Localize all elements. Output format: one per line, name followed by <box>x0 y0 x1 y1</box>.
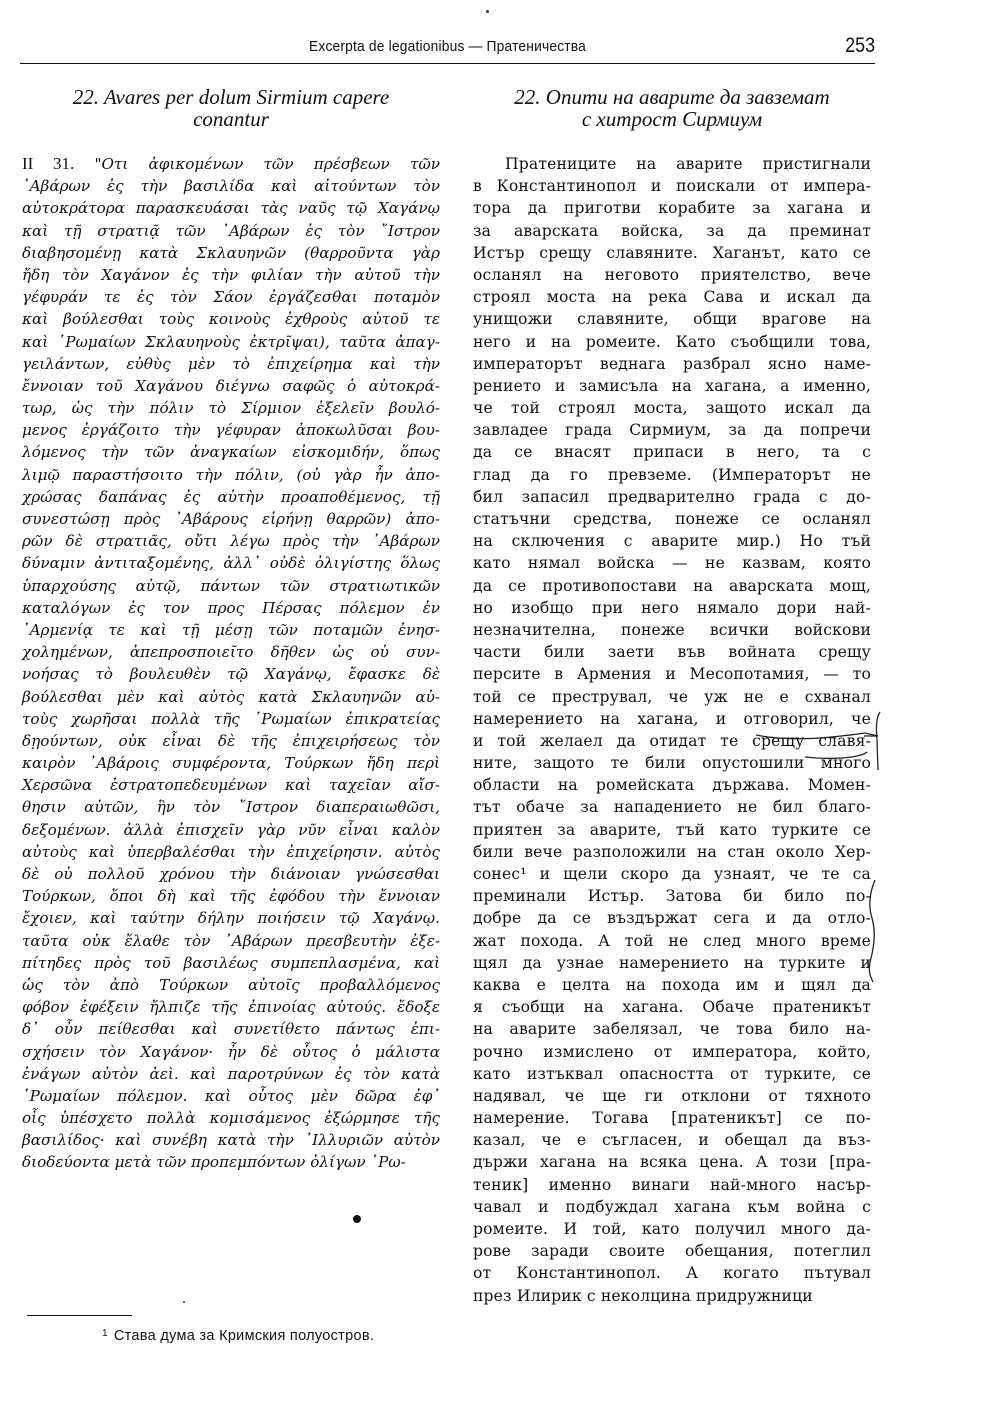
text-line: χρώσας δαπάνας ἐς αὐτὴν προαποθέμενος, τ… <box>22 486 440 508</box>
text-line: καὶ ῾Ρωμαίων Σκλαυηνοὺς ἐκτρῖψαι), ταῦτα… <box>22 331 440 353</box>
book-page: Excerpta de legationibus — Пратеничества… <box>0 0 1000 1407</box>
text-line: τοὺς χωρῆσαι πολλὰ τῆς ῾Ρωμαίων ἐπικρατε… <box>22 708 440 730</box>
text-line: ὡς τὸν ἀπὸ Τούρκων αὐτοῖς προβαλλόμενος <box>22 974 440 996</box>
text-line: πίτηδες πρὸς τοῦ βασιλέως συμπεπλασμένα,… <box>22 952 440 974</box>
title-line: 22. Avares per dolum Sirmium capere <box>22 86 440 108</box>
text-line: да се внасят припаси в него, та с <box>473 441 871 463</box>
text-line: βούλεσθαι μὲν καὶ αὐτὸς κατὰ Σκλαυηνῶν α… <box>22 686 440 708</box>
text-line: ταῦτα οὐκ ἔλαθε τὸν ᾿Αβάρων πρεσβευτὴν ἐ… <box>22 930 440 952</box>
title-line: 22. Опити на аварите да завземат <box>473 86 871 108</box>
text-line: области на ромейската държава. Момен- <box>473 774 871 796</box>
text-line: в Константинопол и поискали от импера- <box>473 175 871 197</box>
text-line: αὐτοκράτορα παρασκευάσαι τὰς ναῦς τῷ Χαγ… <box>22 197 440 219</box>
text-line: δ᾿ οὖν πείθεσθαι καὶ συνετίθετο πάντως ἐ… <box>22 1018 440 1040</box>
text-line: ромеите. И той, като получил много да- <box>473 1218 871 1240</box>
text-line: ἤδη τὸν Χαγάνον ἐς τὴν φιλίαν τὴν αὐτοῦ … <box>22 264 440 286</box>
text-line: φόβον ἐφέξειν ἤλπιζε τῆς ἐπινοίας αὐτούς… <box>22 996 440 1018</box>
text-line: καιρὸν ᾿Αβάροις συμφέροντα, Τούρκων ἤδη … <box>22 752 440 774</box>
text-line: жат похода. А той не след много време <box>473 930 871 952</box>
text-line: намерението на хагана, и отговорил, че <box>473 708 871 730</box>
text-line: ните, защото те били опустошили много <box>473 752 871 774</box>
text-line: като изтъквал опасността от турките, се <box>473 1063 871 1085</box>
text-line: на аварите забелязал, че това било на- <box>473 1018 871 1040</box>
text-line: ἔννοιαν τοῦ Χαγάνου διέγνω σαφῶς ὁ αὐτοκ… <box>22 375 440 397</box>
text-line: рочно измислено от императора, който, <box>473 1041 871 1063</box>
text-line: персите в Армения и Месопотамия, — то <box>473 663 871 685</box>
text-line: χολημένων, ἀπεπροσποιεῖτο δῆθεν ὡς οὐ συ… <box>22 641 440 663</box>
footnote: 1Става дума за Кримския полуостров. <box>102 1328 374 1344</box>
text-line: Истър срещу славяните. Хаганът, като се <box>473 242 871 264</box>
text-line: рове заради своите обещания, потеглил <box>473 1240 871 1262</box>
text-line: Τούρκων, ὅποι δὴ καὶ τῆς ἐφόδου τὴν ἔννο… <box>22 885 440 907</box>
text-line: за аварската войска, за да преминат <box>473 220 871 242</box>
text-line: но изобщо при него нямало дори най- <box>473 597 871 619</box>
text-line: δύναμιν ἀντιταξομένης, ἀλλ᾿ οὐδὲ ὀλιγίστ… <box>22 552 440 574</box>
text-line: надявал, че ще ги отклони от тяхното <box>473 1085 871 1107</box>
text-line: строял моста на река Сава и искал да <box>473 286 871 308</box>
text-line: γειλάντων, εὐθὺς μὲν τὸ ἐπιχείρημα καὶ τ… <box>22 353 440 375</box>
text-line: καὶ βούλεσθαι τοὺς κοινοὺς ἐχθροὺς αὐτοῦ… <box>22 308 440 330</box>
text-line: теник] именно винаги най-много насър- <box>473 1174 871 1196</box>
text-line: осланял на неговото приятелство, вече <box>473 264 871 286</box>
text-line: Пратениците на аварите пристигнали <box>473 153 871 175</box>
text-line: ᾿Αβάρων ἐς τὴν βασιλίδα καὶ αἰτούντων τὸ… <box>22 175 440 197</box>
text-line: намерение. Тогава [пратеникът] се по- <box>473 1107 871 1129</box>
text-line: приятен за аварите, тъй като турките се <box>473 819 871 841</box>
bulgarian-section-title: 22. Опити на аварите да завземат с хитро… <box>473 86 871 130</box>
text-line: ὑπαρχούσης αὐτῷ, πάντων τῶν στρατιωτικῶν <box>22 575 440 597</box>
text-line: казал, че е съгласен, и обещал да въз- <box>473 1129 871 1151</box>
title-line: conantur <box>22 108 440 130</box>
scan-speck <box>486 10 489 13</box>
text-line: добре да се въздържат сега и да отло- <box>473 907 871 929</box>
text-line: щял да узнае намерението на турките и <box>473 952 871 974</box>
text-line: λιμῷ παραστήσοιτο τὴν πόλιν, (οὐ γὰρ ἦν … <box>22 464 440 486</box>
greek-column: 22. Avares per dolum Sirmium capere cona… <box>22 86 440 1174</box>
text-line: οἷς ὑπέσχετο πολλὰ κομισάμενος ἐξώρμησε … <box>22 1107 440 1129</box>
text-line: глад да го превземе. (Императорът не <box>473 464 871 486</box>
footnote-text: Става дума за Кримския полуостров. <box>114 1328 374 1344</box>
text-line: μενος ἐργάζοιτο τὴν γέφυραν ἀποκωλῦσαι β… <box>22 419 440 441</box>
text-line: διοδεύοντα μετὰ τῶν προπεμπόντων ὀλίγων … <box>22 1151 440 1173</box>
footnote-rule <box>27 1315 132 1316</box>
text-line: унищожи славяните, общи врагове на <box>473 308 871 330</box>
text-line: II 31. "Οτι ἀφικομένων τῶν πρέσβεων τῶν <box>22 153 440 175</box>
text-line: δῃούντων, οὐκ εἶναι δὲ τῆς ἐπιχειρήσεως … <box>22 730 440 752</box>
text-line: ῾Ρωμαίων πόλεμον. καὶ οὗτος μὲν δῶρα ἐφ᾿ <box>22 1085 440 1107</box>
text-line: че той строял моста, защото искал да <box>473 397 871 419</box>
running-head: Excerpta de legationibus — Пратеничества… <box>20 34 875 64</box>
text-line: през Илирик с неколцина придружници <box>473 1285 871 1307</box>
text-line: νοήσας τὸ βουλευθὲν τῷ Χαγάνῳ, ἔφασκε δὲ <box>22 663 440 685</box>
running-title: Excerpta de legationibus — Пратеничества <box>54 38 841 55</box>
scan-speck <box>183 1301 185 1303</box>
text-line: императорът веднага разбрал ясно наме- <box>473 353 871 375</box>
text-line: γέφυράν τε ἐς τὸν Σάον ἐργάζεσθαι ποταμὸ… <box>22 286 440 308</box>
text-line: рението и замисъла на хагана, а именно, <box>473 375 871 397</box>
text-line: части били заети във войната срещу <box>473 641 871 663</box>
header-rule <box>20 63 875 64</box>
text-line: καὶ τῇ στρατιᾷ τῶν ᾿Αβάρων ἐς τὸν ῎Ιστρο… <box>22 220 440 242</box>
latin-section-title: 22. Avares per dolum Sirmium capere cona… <box>22 86 440 130</box>
text-line: били вече разположили на стан около Хер- <box>473 841 871 863</box>
text-line: сонес¹ и щели скоро да узнаят, че те са <box>473 863 871 885</box>
text-line: σχήσειν τὸν Χαγάνον· ἦν δὲ οὗτος ὁ μάλισ… <box>22 1041 440 1063</box>
text-line: като нямал войска — не казвам, която <box>473 552 871 574</box>
text-line: той се преструвал, че уж не е схванал <box>473 686 871 708</box>
text-line: αὐτοὺς καὶ ὑπερβαλέσθαι τὴν ἐπιχείρησιν.… <box>22 841 440 863</box>
title-line: с хитрост Сирмиум <box>473 108 871 130</box>
text-line: преминали Истър. Затова би било по- <box>473 885 871 907</box>
text-line: на сключения с аварите мир.) Но тъй <box>473 530 871 552</box>
greek-text: II 31. "Οτι ἀφικομένων τῶν πρέσβεων τῶν᾿… <box>22 153 440 1174</box>
text-line: него и на ромеите. Като съобщили това, <box>473 331 871 353</box>
bulgarian-column: 22. Опити на аварите да завземат с хитро… <box>473 86 871 1307</box>
text-line: ρῶν δὲ στρατιᾶς, οὔτι λέγω πρὸς τὴν ᾿Αβά… <box>22 530 440 552</box>
page-number: 253 <box>845 34 875 58</box>
text-line: λόμενος τὴν τῶν ἀναγκαίων εἰσκομιδήν, ὅπ… <box>22 441 440 463</box>
text-line: държи хагана на всяка цена. А този [пра- <box>473 1151 871 1173</box>
bulgarian-text: Пратениците на аварите пристигналив Конс… <box>473 153 871 1307</box>
text-line: чавал и подбуждал хагана към война с <box>473 1196 871 1218</box>
text-line: βασιλίδος· καὶ συνέβη κατὰ τὴν ᾿Ιλλυριῶν… <box>22 1129 440 1151</box>
text-line: ᾿Αρμενίᾳ τε καὶ τῇ μέσῃ τῶν ποταμῶν ἐνησ… <box>22 619 440 641</box>
bullet-mark <box>353 1215 361 1223</box>
text-line: тът обаче за нападението не бил благо- <box>473 796 871 818</box>
text-line: незначителна, понеже всички войскови <box>473 619 871 641</box>
text-line: καταλόγων ἐς τον προς Πέρσας πόλεμον ἐν <box>22 597 440 619</box>
text-line: я съобщи на хагана. Обаче пратеникът <box>473 996 871 1018</box>
text-line: τωρ, ὡς τὴν πόλιν τὸ Σίρμιον ἐξελεῖν βου… <box>22 397 440 419</box>
text-line: Χερσῶνα ἐστρατοπεδευμένων καὶ ταχεῖαν αἴ… <box>22 774 440 796</box>
text-line: от Константинопол. А когато пътувал <box>473 1262 871 1284</box>
text-line: δεξομένων. ἀλλὰ ἐπισχεῖν γὰρ νῦν εἶναι κ… <box>22 819 440 841</box>
text-segment: "Οτι ἀφικομένων τῶν πρέσβεων τῶν <box>74 155 440 173</box>
text-line: завладее града Сирмиум, за да попречи <box>473 419 871 441</box>
text-line: тора да приготви корабите за хагана и <box>473 197 871 219</box>
text-line: ἔχοιεν, καὶ ταύτην δήλην ποιήσειν τῷ Χαγ… <box>22 907 440 929</box>
text-line: ἐνάγων αὐτὸν ἀεὶ. καὶ παροτρύνων ἐς τὸν … <box>22 1063 440 1085</box>
text-line: каква е целта на похода им и щял да <box>473 974 871 996</box>
footnote-mark: 1 <box>102 1328 108 1339</box>
text-line: θησιν αὐτῶν, ἣν τὸν ῎Ιστρον διαπεραιωθῶσ… <box>22 796 440 818</box>
text-line: бил запасил предварително града с до- <box>473 486 871 508</box>
text-line: δὲ οὐ πολλοῦ χρόνου τὴν διάνοιαν γνώσεσθ… <box>22 863 440 885</box>
text-line: διαβησομένῃ κατὰ Σκλαυηνῶν (θαρροῦντα γὰ… <box>22 242 440 264</box>
text-line: да се противопостави на аварската мощ, <box>473 575 871 597</box>
passage-reference: II 31. <box>22 154 74 173</box>
text-line: συνεστώσῃ πρὸς ᾿Αβάρους εἰρήνῃ θαρρῶν) ἀ… <box>22 508 440 530</box>
text-line: и той желаел да отидат те срещу славя- <box>473 730 871 752</box>
text-line: статъчни средства, понеже се осланял <box>473 508 871 530</box>
